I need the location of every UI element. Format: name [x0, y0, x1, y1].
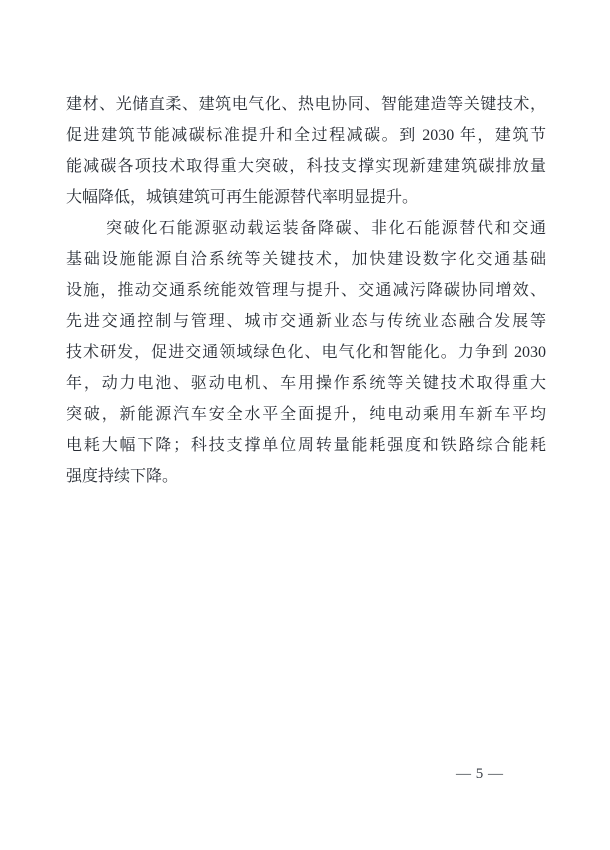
- text-line: 先进交通控制与管理、城市交通新业态与传统业态融合发展等: [66, 306, 546, 337]
- text-line: 年，动力电池、驱动电机、车用操作系统等关键技术取得重大: [66, 368, 546, 399]
- text-line: 技术研发，促进交通领域绿色化、电气化和智能化。力争到 2030: [66, 337, 546, 368]
- page-number: — 5 —: [456, 766, 504, 782]
- text-line: 能减碳各项技术取得重大突破，科技支撑实现新建建筑碳排放量: [66, 151, 546, 182]
- text-line: 建材、光储直柔、建筑电气化、热电协同、智能建造等关键技术，: [66, 89, 546, 120]
- document-page: 建材、光储直柔、建筑电气化、热电协同、智能建造等关键技术，促进建筑节能减碳标准提…: [0, 0, 610, 850]
- text-line: 电耗大幅下降；科技支撑单位周转量能耗强度和铁路综合能耗: [66, 430, 546, 461]
- body-text: 建材、光储直柔、建筑电气化、热电协同、智能建造等关键技术，促进建筑节能减碳标准提…: [66, 89, 546, 492]
- text-line: 促进建筑节能减碳标准提升和全过程减碳。到 2030 年，建筑节: [66, 120, 546, 151]
- text-line: 突破化石能源驱动载运装备降碳、非化石能源替代和交通: [66, 213, 546, 244]
- text-line: 大幅降低，城镇建筑可再生能源替代率明显提升。: [66, 182, 546, 213]
- text-line: 强度持续下降。: [66, 461, 546, 492]
- text-line: 设施，推动交通系统能效管理与提升、交通减污降碳协同增效、: [66, 275, 546, 306]
- text-line: 突破，新能源汽车安全水平全面提升，纯电动乘用车新车平均: [66, 399, 546, 430]
- page-footer: — 5 —: [456, 764, 504, 784]
- text-line: 基础设施能源自洽系统等关键技术，加快建设数字化交通基础: [66, 244, 546, 275]
